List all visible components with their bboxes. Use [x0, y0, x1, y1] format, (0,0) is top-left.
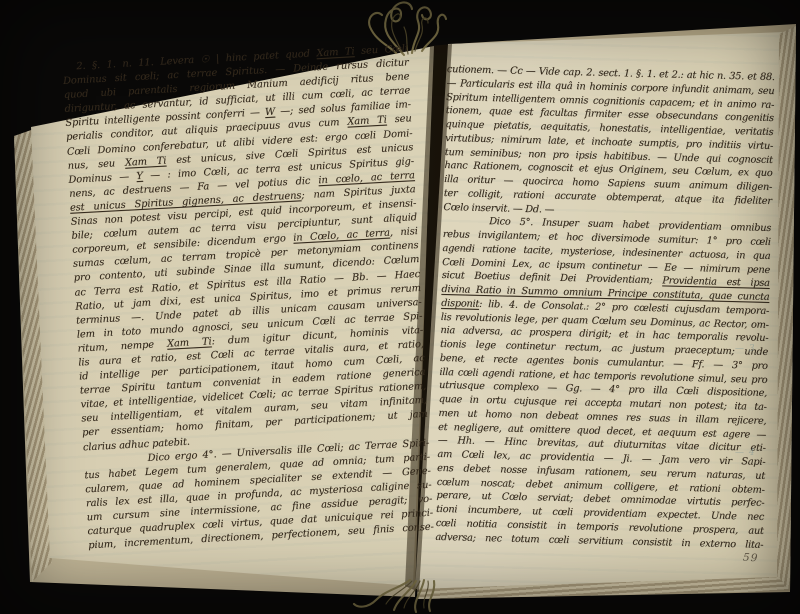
right-page-text: cutionem. — Cc — Vide cap. 2. sect. 1. §…: [435, 63, 775, 552]
binding-threads-bottom-icon: [350, 578, 460, 614]
margin-mark: — 3: [735, 344, 756, 354]
margin-mark: — 4: [735, 448, 756, 458]
manuscript-photo: 2. §. 1. n. 11. Levera ☉ | hinc patet qu…: [0, 0, 800, 614]
folio-number: 59: [743, 551, 759, 564]
left-page-text: 2. §. 1. n. 11. Levera ☉ | hinc patet qu…: [62, 42, 434, 553]
